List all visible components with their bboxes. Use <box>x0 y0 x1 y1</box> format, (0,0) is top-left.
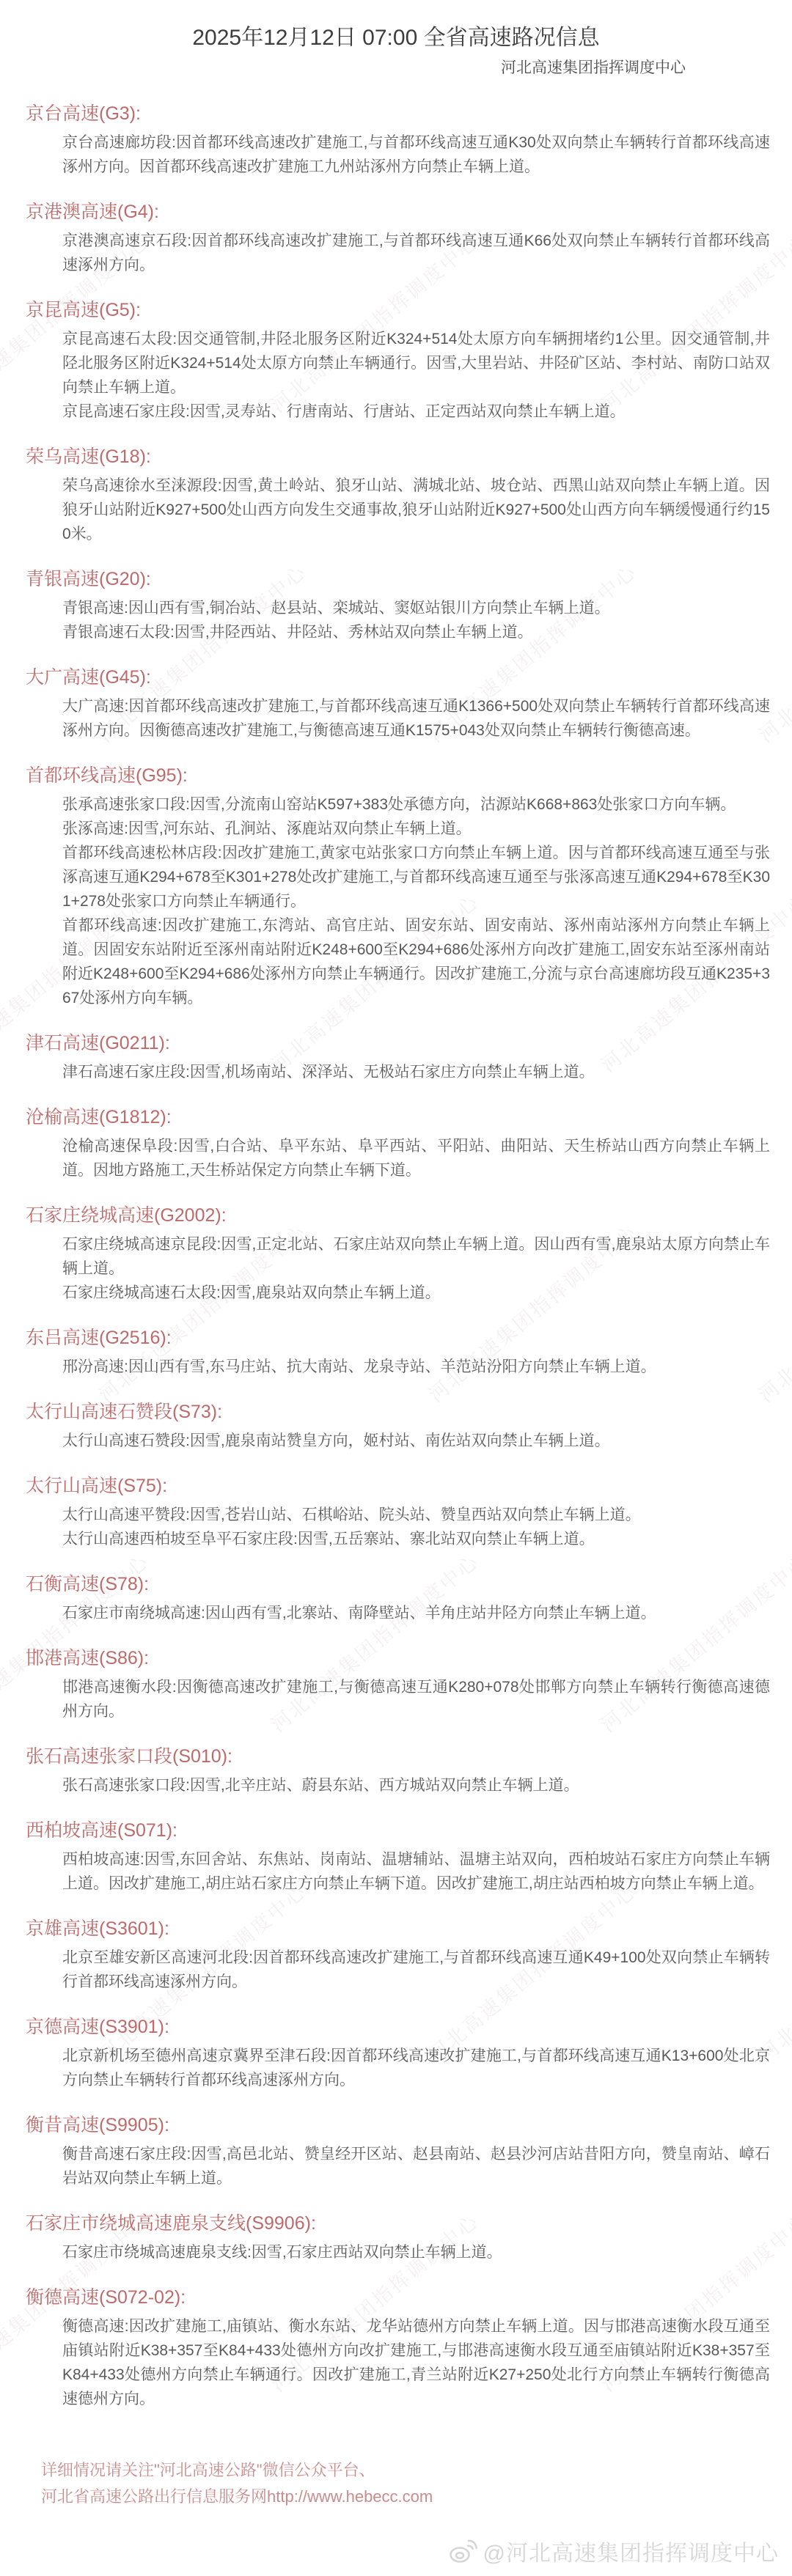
weibo-logo-icon <box>448 2539 477 2564</box>
highway-section-paragraph: 京昆高速石家庄段:因雪,灵寿站、行唐南站、行唐站、正定西站双向禁止车辆上道。 <box>62 400 770 424</box>
highway-section-title: 京昆高速(G5): <box>26 298 792 323</box>
highway-section: 衡昔高速(S9905): 衡昔高速石家庄段:因雪,高邑北站、赞皇经开区站、赵县南… <box>0 2113 792 2190</box>
highway-section-paragraph: 邯港高速衡水段:因衡德高速改扩建施工,与衡德高速互通K280+078处邯郸方向禁… <box>62 1675 770 1723</box>
highway-section-paragraph: 石家庄绕城高速石太段:因雪,鹿泉站双向禁止车辆上道。 <box>62 1281 770 1305</box>
highway-section: 东吕高速(G2516): 邢汾高速:因山西有雪,东马庄站、抗大南站、龙泉寺站、羊… <box>0 1325 792 1379</box>
highway-section-paragraph: 石家庄绕城高速京昆段:因雪,正定北站、石家庄站双向禁止车辆上道。因山西有雪,鹿泉… <box>62 1232 770 1281</box>
highway-section-title: 津石高速(G0211): <box>26 1031 792 1056</box>
highway-section-paragraph: 衡德高速:因改扩建施工,庙镇站、衡水东站、龙华站德州方向禁止车辆上道。因与邯港高… <box>62 2314 770 2411</box>
highway-section-paragraph: 邢汾高速:因山西有雪,东马庄站、抗大南站、龙泉寺站、羊范站汾阳方向禁止车辆上道。 <box>62 1355 770 1379</box>
highway-section: 石家庄绕城高速(G2002): 石家庄绕城高速京昆段:因雪,正定北站、石家庄站双… <box>0 1203 792 1305</box>
highway-section-title: 太行山高速石赞段(S73): <box>26 1399 792 1424</box>
highway-section-paragraph: 京台高速廊坊段:因首都环线高速改扩建施工,与首都环线高速互通K30处双向禁止车辆… <box>62 130 770 179</box>
highway-section: 大广高速(G45): 大广高速:因首都环线高速改扩建施工,与首都环线高速互通K1… <box>0 665 792 743</box>
highway-section-title: 京德高速(S3901): <box>26 2014 792 2039</box>
footer-notice: 详细情况请关注"河北高速公路"微信公众平台、 河北省高速公路出行信息服务网htt… <box>41 2457 433 2510</box>
highway-section-paragraph: 西柏坡高速:因雪,东回舍站、东焦站、岗南站、温塘辅站、温塘主站双向，西柏坡站石家… <box>62 1847 770 1896</box>
highway-section-paragraph: 青银高速石太段:因雪,井陉西站、井陉站、秀林站双向禁止车辆上道。 <box>62 620 770 644</box>
highway-section: 津石高速(G0211): 津石高速石家庄段:因雪,机场南站、深泽站、无极站石家庄… <box>0 1031 792 1084</box>
highway-section: 京雄高速(S3601): 北京至雄安新区高速河北段:因首都环线高速改扩建施工,与… <box>0 1916 792 1994</box>
highway-section-paragraph: 石家庄市绕城高速鹿泉支线:因雪,石家庄西站双向禁止车辆上道。 <box>62 2240 770 2264</box>
highway-section-title: 石家庄绕城高速(G2002): <box>26 1203 792 1228</box>
highway-section: 京德高速(S3901): 北京新机场至德州高速京冀界至津石段:因首都环线高速改扩… <box>0 2014 792 2092</box>
highway-section-title: 东吕高速(G2516): <box>26 1325 792 1350</box>
highway-section: 京昆高速(G5): 京昆高速石太段:因交通管制,井陉北服务区附近K324+514… <box>0 298 792 424</box>
agency-byline: 河北高速集团指挥调度中心 <box>0 56 686 81</box>
highway-section-paragraph: 张涿高速:因雪,河东站、孔涧站、涿鹿站双向禁止车辆上道。 <box>62 817 770 841</box>
footer-wechat-line: 详细情况请关注"河北高速公路"微信公众平台、 <box>41 2457 433 2484</box>
highway-section-title: 荣乌高速(G18): <box>26 444 792 469</box>
highway-section: 京港澳高速(G4): 京港澳高速京石段:因首都环线高速改扩建施工,与首都环线高速… <box>0 199 792 277</box>
highway-section-paragraph: 沧榆高速保阜段:因雪,白合站、阜平东站、阜平西站、平阳站、曲阳站、天生桥站山西方… <box>62 1134 770 1182</box>
highway-section: 首都环线高速(G95): 张承高速张家口段:因雪,分流南山窑站K597+383处… <box>0 763 792 1010</box>
highway-section: 京台高速(G3): 京台高速廊坊段:因首都环线高速改扩建施工,与首都环线高速互通… <box>0 101 792 179</box>
highway-section: 太行山高速石赞段(S73): 太行山高速石赞段:因雪,鹿泉南站赞皇方向，姬村站、… <box>0 1399 792 1453</box>
road-report-page: 河北高速集团指挥调度中心河北高速集团指挥调度中心河北高速集团指挥调度中心河北高速… <box>0 0 792 2576</box>
highway-section-paragraph: 京港澳高速京石段:因首都环线高速改扩建施工,与首都环线高速互通K66处双向禁止车… <box>62 229 770 277</box>
highway-section-paragraph: 张承高速张家口段:因雪,分流南山窑站K597+383处承德方向，沽源站K668+… <box>62 792 770 817</box>
highway-section-paragraph: 张石高速张家口段:因雪,北辛庄站、蔚县东站、西方城站双向禁止车辆上道。 <box>62 1773 770 1797</box>
highway-section-title: 沧榆高速(G1812): <box>26 1105 792 1130</box>
highway-section-title: 衡昔高速(S9905): <box>26 2113 792 2138</box>
highway-section-title: 衡德高速(S072-02): <box>26 2285 792 2310</box>
highway-section: 西柏坡高速(S071): 西柏坡高速:因雪,东回舍站、东焦站、岗南站、温塘辅站、… <box>0 1818 792 1896</box>
highway-section: 青银高速(G20): 青银高速:因山西有雪,铜冶站、赵县站、栾城站、窦妪站银川方… <box>0 567 792 644</box>
highway-section-title: 京雄高速(S3601): <box>26 1916 792 1941</box>
highway-section: 石衡高速(S78): 石家庄市南绕城高速:因山西有雪,北寨站、南降壁站、羊角庄站… <box>0 1572 792 1625</box>
highway-section-title: 太行山高速(S75): <box>26 1473 792 1498</box>
highway-section-paragraph: 衡昔高速石家庄段:因雪,高邑北站、赞皇经开区站、赵县南站、赵县沙河店站昔阳方向，… <box>62 2142 770 2190</box>
highway-section-paragraph: 太行山高速石赞段:因雪,鹿泉南站赞皇方向，姬村站、南佐站双向禁止车辆上道。 <box>62 1429 770 1453</box>
weibo-handle-text: @河北高速集团指挥调度中心 <box>483 2535 779 2567</box>
highway-section-title: 西柏坡高速(S071): <box>26 1818 792 1843</box>
highway-section-title: 青银高速(G20): <box>26 567 792 592</box>
highway-section-paragraph: 首都环线高速松林店段:因改扩建施工,黄家屯站张家口方向禁止车辆上道。因与首都环线… <box>62 841 770 913</box>
highway-section-paragraph: 太行山高速西柏坡至阜平石家庄段:因雪,五岳寨站、寨北站双向禁止车辆上道。 <box>62 1527 770 1551</box>
highway-section-paragraph: 石家庄市南绕城高速:因山西有雪,北寨站、南降壁站、羊角庄站井陉方向禁止车辆上道。 <box>62 1601 770 1625</box>
highway-section-title: 首都环线高速(G95): <box>26 763 792 788</box>
highway-section-title: 张石高速张家口段(S010): <box>26 1744 792 1769</box>
highway-section-title: 邯港高速(S86): <box>26 1646 792 1671</box>
highway-section: 沧榆高速(G1812): 沧榆高速保阜段:因雪,白合站、阜平东站、阜平西站、平阳… <box>0 1105 792 1182</box>
highway-sections-list: 京台高速(G3): 京台高速廊坊段:因首都环线高速改扩建施工,与首都环线高速互通… <box>0 101 792 2411</box>
highway-section-paragraph: 北京至雄安新区高速河北段:因首都环线高速改扩建施工,与首都环线高速互通K49+1… <box>62 1946 770 1994</box>
highway-section-paragraph: 津石高速石家庄段:因雪,机场南站、深泽站、无极站石家庄方向禁止车辆上道。 <box>62 1060 770 1084</box>
highway-section-title: 京台高速(G3): <box>26 101 792 126</box>
highway-section-paragraph: 大广高速:因首都环线高速改扩建施工,与首都环线高速互通K1366+500处双向禁… <box>62 694 770 743</box>
footer-website-line: 河北省高速公路出行信息服务网http://www.hebecc.com <box>41 2484 433 2510</box>
highway-section-paragraph: 京昆高速石太段:因交通管制,井陉北服务区附近K324+514处太原方向车辆拥堵约… <box>62 327 770 400</box>
weibo-watermark: @河北高速集团指挥调度中心 <box>448 2535 779 2567</box>
highway-section-paragraph: 北京新机场至德州高速京冀界至津石段:因首都环线高速改扩建施工,与首都环线高速互通… <box>62 2044 770 2092</box>
highway-section-paragraph: 荣乌高速徐水至涞源段:因雪,黄土岭站、狼牙山站、满城北站、坡仓站、西黑山站双向禁… <box>62 474 770 546</box>
highway-section: 荣乌高速(G18): 荣乌高速徐水至涞源段:因雪,黄土岭站、狼牙山站、满城北站、… <box>0 444 792 546</box>
highway-section-paragraph: 太行山高速平赞段:因雪,苍岩山站、石棋峪站、院头站、赞皇西站双向禁止车辆上道。 <box>62 1503 770 1527</box>
highway-section: 张石高速张家口段(S010): 张石高速张家口段:因雪,北辛庄站、蔚县东站、西方… <box>0 1744 792 1797</box>
highway-section-title: 京港澳高速(G4): <box>26 199 792 224</box>
highway-section-paragraph: 青银高速:因山西有雪,铜冶站、赵县站、栾城站、窦妪站银川方向禁止车辆上道。 <box>62 596 770 620</box>
highway-section: 太行山高速(S75): 太行山高速平赞段:因雪,苍岩山站、石棋峪站、院头站、赞皇… <box>0 1473 792 1551</box>
highway-section: 石家庄市绕城高速鹿泉支线(S9906): 石家庄市绕城高速鹿泉支线:因雪,石家庄… <box>0 2211 792 2264</box>
highway-section-title: 石衡高速(S78): <box>26 1572 792 1597</box>
highway-section-title: 石家庄市绕城高速鹿泉支线(S9906): <box>26 2211 792 2236</box>
highway-section: 邯港高速(S86): 邯港高速衡水段:因衡德高速改扩建施工,与衡德高速互通K28… <box>0 1646 792 1723</box>
highway-section: 衡德高速(S072-02): 衡德高速:因改扩建施工,庙镇站、衡水东站、龙华站德… <box>0 2285 792 2411</box>
highway-section-paragraph: 首都环线高速:因改扩建施工,东湾站、高官庄站、固安东站、固安南站、涿州南站涿州方… <box>62 913 770 1010</box>
highway-section-title: 大广高速(G45): <box>26 665 792 690</box>
page-title: 2025年12月12日 07:00 全省高速路况信息 <box>0 0 792 54</box>
